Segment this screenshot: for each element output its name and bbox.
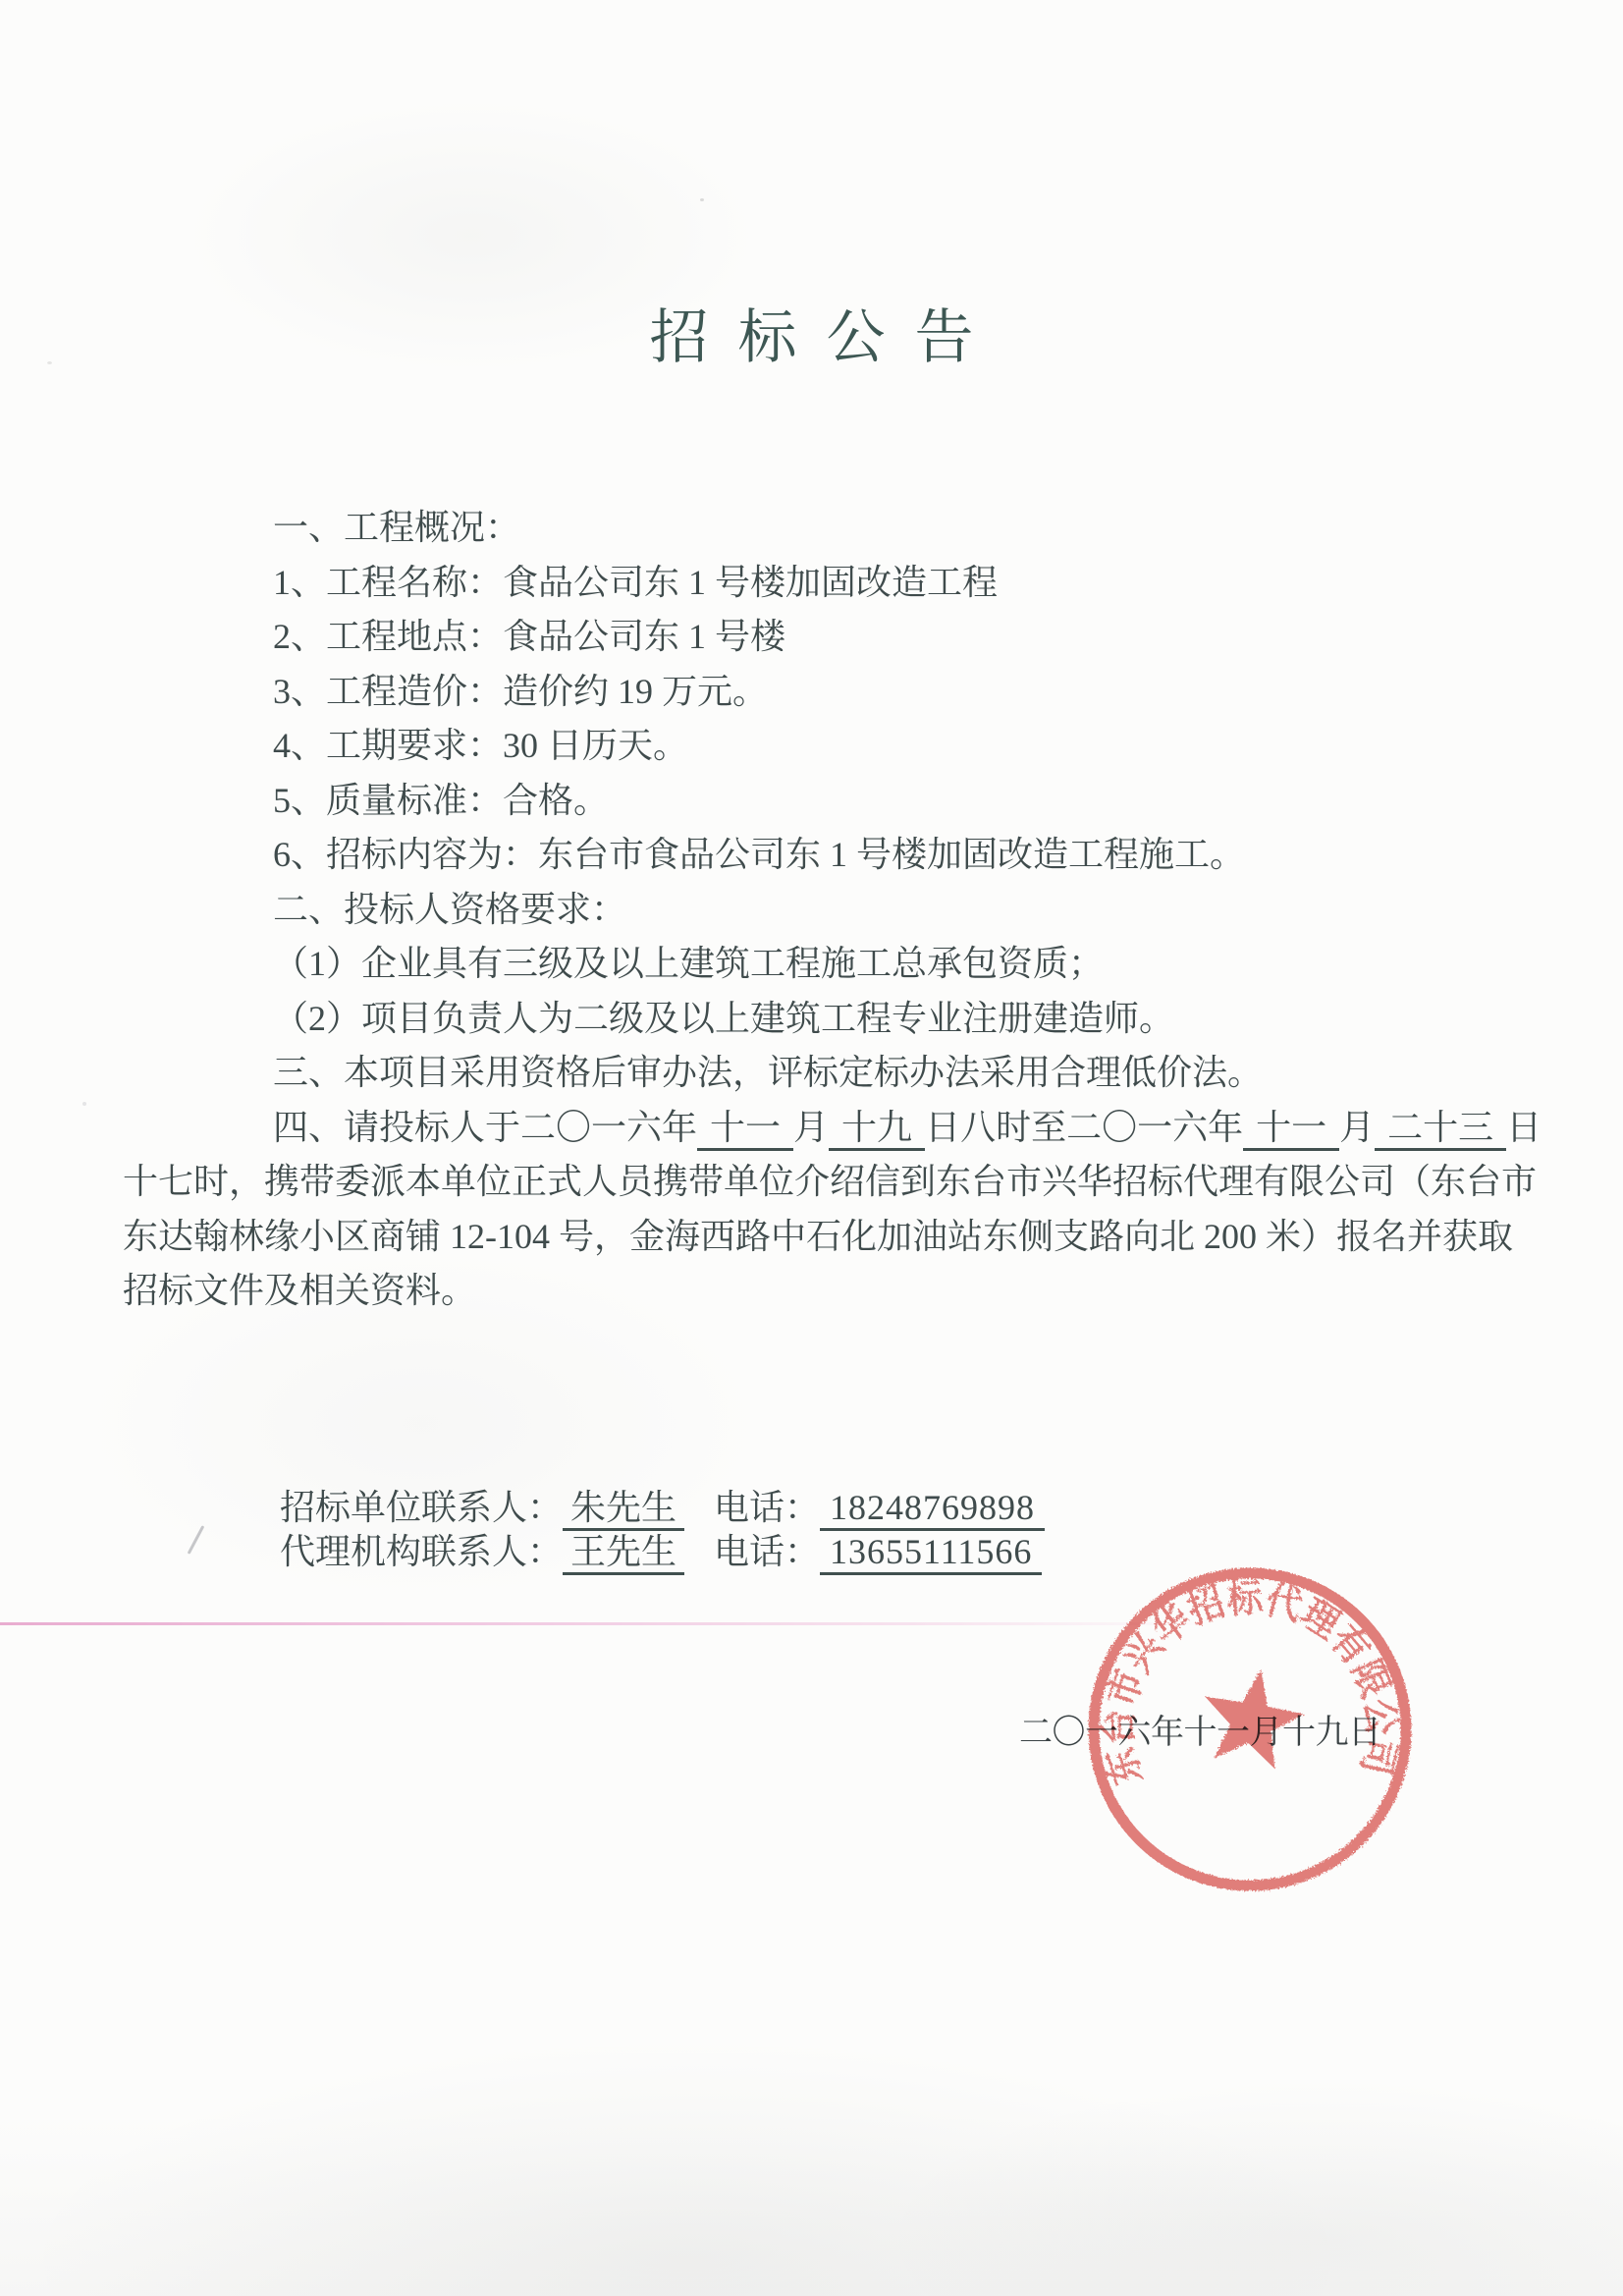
contact-block: 招标单位联系人：朱先生电话：18248769898 代理机构联系人：王先生电话：… <box>280 1486 1045 1574</box>
scan-speck <box>47 361 52 364</box>
tender-contact-label: 招标单位联系人： <box>280 1488 563 1527</box>
blank-day-1: 十九 <box>829 1108 925 1151</box>
page-title: 招 标 公 告 <box>0 291 1623 375</box>
section-4-line-1: 四、请投标人于二〇一六年十一月十九日八时至二〇一六年十一月二十三日 <box>123 1101 1556 1156</box>
blank-month-1: 十一 <box>697 1108 793 1151</box>
agency-phone-label: 电话： <box>714 1532 820 1571</box>
section-4-line-4: 招标文件及相关资料。 <box>123 1264 1556 1319</box>
item-project-name: 1、工程名称：食品公司东 1 号楼加固改造工程 <box>123 556 1556 611</box>
p4-seg-2: 月 <box>793 1108 829 1147</box>
p4-seg-5: 日 <box>1506 1108 1542 1147</box>
tender-contact-row: 招标单位联系人：朱先生电话：18248769898 <box>280 1486 1045 1530</box>
scan-speck <box>82 1102 86 1106</box>
scan-speck <box>700 198 704 201</box>
star-icon <box>1205 1669 1304 1770</box>
announcement-body: 一、工程概况： 1、工程名称：食品公司东 1 号楼加固改造工程 2、工程地点：食… <box>123 501 1556 1319</box>
p4-seg-3: 日八时至二〇一六年 <box>925 1108 1243 1147</box>
agency-contact-name: 王先生 <box>563 1532 684 1575</box>
item-project-cost: 3、工程造价：造价约 19 万元。 <box>123 665 1556 720</box>
section-1-heading: 一、工程概况： <box>123 501 1556 556</box>
company-seal-graphic: 东台市兴华招标代理有限公司 <box>1080 1559 1420 1899</box>
tender-contact-name: 朱先生 <box>563 1488 684 1531</box>
company-seal: 东台市兴华招标代理有限公司 <box>1080 1559 1420 1899</box>
seal-company-text: 东台市兴华招标代理有限公司 <box>1097 1575 1404 1789</box>
item-quality-standard: 5、质量标准：合格。 <box>123 774 1556 829</box>
qualification-2: （2）项目负责人为二级及以上建筑工程专业注册建造师。 <box>123 992 1556 1047</box>
pen-mark-artifact <box>188 1525 205 1555</box>
tender-phone-number: 18248769898 <box>820 1488 1045 1531</box>
scanned-tender-announcement-page: 招 标 公 告 一、工程概况： 1、工程名称：食品公司东 1 号楼加固改造工程 … <box>0 0 1623 2296</box>
blank-day-2: 二十三 <box>1375 1108 1506 1151</box>
blank-month-2: 十一 <box>1243 1108 1339 1151</box>
section-2-heading: 二、投标人资格要求： <box>123 883 1556 938</box>
item-tender-content: 6、招标内容为：东台市食品公司东 1 号楼加固改造工程施工。 <box>123 828 1556 883</box>
section-4-line-2: 十七时，携带委派本单位正式人员携带单位介绍信到东台市兴华招标代理有限公司（东台市 <box>123 1155 1556 1210</box>
agency-phone-number: 13655111566 <box>820 1532 1042 1575</box>
section-4-line-3: 东达翰林缘小区商铺 12-104 号，金海西路中石化加油站东侧支路向北 200 … <box>123 1210 1556 1265</box>
scan-artifact-line <box>0 1622 1217 1625</box>
p4-seg-1: 四、请投标人于二〇一六年 <box>273 1108 697 1147</box>
agency-contact-label: 代理机构联系人： <box>280 1532 563 1571</box>
agency-contact-row: 代理机构联系人：王先生电话：13655111566 <box>280 1530 1045 1574</box>
item-project-location: 2、工程地点：食品公司东 1 号楼 <box>123 610 1556 665</box>
section-3-text: 三、本项目采用资格后审办法，评标定标办法采用合理低价法。 <box>123 1046 1556 1101</box>
item-duration: 4、工期要求：30 日历天。 <box>123 719 1556 774</box>
tender-phone-label: 电话： <box>714 1488 820 1527</box>
qualification-1: （1）企业具有三级及以上建筑工程施工总承包资质； <box>123 937 1556 992</box>
p4-seg-4: 月 <box>1339 1108 1375 1147</box>
